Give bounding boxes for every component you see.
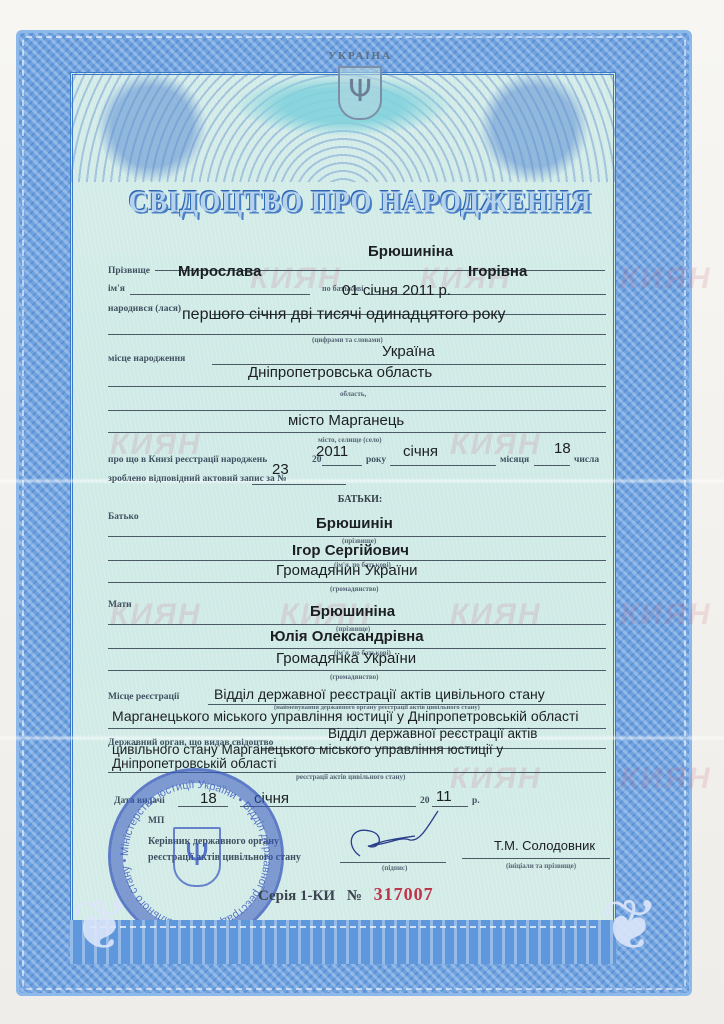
underline [108, 670, 606, 671]
mother-surname: Брюшиніна [310, 603, 395, 620]
signature [340, 806, 450, 866]
underline [108, 386, 606, 387]
registration-day: 18 [554, 440, 571, 457]
serial-number: Серія 1-КИ № 317007 [258, 884, 434, 905]
swan-ornament-icon: ❦ [590, 870, 670, 980]
mother-citizenship-hint: (громадянство) [330, 673, 378, 681]
authority-line1: Відділ державної реєстрації актів [328, 726, 537, 741]
book-label: про що в Книзі реєстрації народжень [108, 455, 267, 465]
birthplace-label: місце народження [108, 354, 185, 364]
state-emblem: УКРАЇНА Ψ [290, 22, 430, 152]
birth-date-digits: 01 січня 2011 р. [342, 282, 451, 299]
father-label: Батько [108, 512, 139, 522]
underline [108, 410, 606, 411]
official-hint: (ініціали та прізвище) [506, 862, 576, 870]
registration-month: січня [403, 443, 438, 460]
underline [462, 858, 610, 859]
underline [534, 465, 570, 466]
region-hint: область, [340, 390, 366, 398]
issue-year-prefix: 20 [420, 796, 430, 806]
document-title: СВІДОЦТВО ПРО НАРОДЖЕННЯ [120, 184, 600, 220]
record-label: зроблено відповідний актовий запис за № [108, 474, 287, 484]
authority-hint: реєстрації актів цивільного стану) [296, 773, 405, 781]
name-label: ім'я [108, 284, 125, 294]
underline [108, 334, 606, 335]
father-citizenship: Громадянин України [276, 562, 418, 579]
day-label: числа [574, 455, 599, 465]
mother-citizenship: Громадянка України [276, 650, 416, 667]
serial-value: 317007 [374, 884, 434, 904]
birth-date-hint: (цифрами та словами) [312, 336, 383, 344]
record-number: 23 [272, 461, 289, 478]
patronymic-value: Ігорівна [468, 263, 527, 280]
registration-year: 2011 [316, 443, 348, 460]
father-name: Ігор Сергійович [292, 542, 409, 559]
trident-icon: Ψ [338, 66, 382, 120]
surname-label: Прізвище [108, 266, 150, 276]
bottom-ornament-band [70, 920, 616, 964]
birth-country: Україна [382, 343, 435, 360]
serial-label: Серія 1-КИ [258, 888, 335, 904]
underline [108, 582, 606, 583]
birth-region: Дніпропетровська область [248, 364, 432, 381]
birth-date-words: першого січня дві тисячі одинадцятого ро… [182, 306, 506, 324]
father-surname: Брюшинін [316, 515, 393, 532]
year-suffix: року [366, 455, 386, 465]
issue-year: 11 [436, 788, 452, 805]
registration-place-line1: Відділ державної реєстрації актів цивіль… [214, 686, 545, 702]
swan-ornament-icon: ❦ [60, 870, 140, 980]
underline [108, 432, 606, 433]
authority-line2: цивільного стану Марганецького міського … [112, 742, 503, 757]
registration-place-line2: Марганецького міського управління юстиці… [112, 708, 578, 724]
official-name: Т.М. Солодовник [494, 838, 595, 853]
name-value: Мирослава [178, 263, 261, 280]
issue-year-suffix: р. [472, 796, 480, 806]
stamp-trident-icon: Ψ [173, 827, 221, 887]
underline [252, 484, 346, 485]
underline [390, 465, 496, 466]
country-label: УКРАЇНА [290, 50, 430, 62]
father-citizenship-hint: (громадянство) [330, 585, 378, 593]
surname-value: Брюшиніна [368, 243, 453, 260]
mother-name: Юлія Олександрівна [270, 628, 424, 645]
mother-label: Мати [108, 600, 132, 610]
underline [322, 465, 362, 466]
born-label: народився (лася) [108, 304, 181, 314]
birth-city: місто Марганець [288, 412, 404, 429]
parents-heading: БАТЬКИ: [100, 494, 620, 505]
month-label: місяця [500, 455, 529, 465]
registration-place-label: Місце реєстрації [108, 692, 179, 702]
underline [130, 294, 310, 295]
number-sign: № [347, 888, 362, 904]
